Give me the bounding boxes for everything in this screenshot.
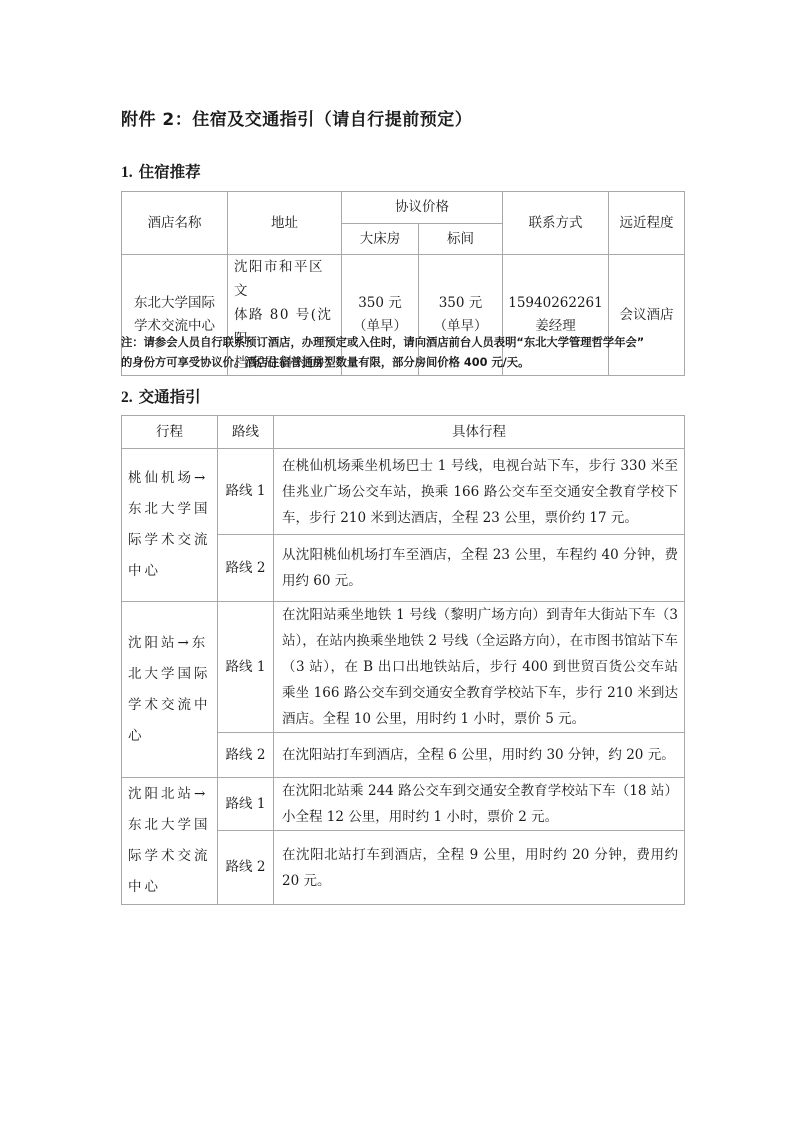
route-label: 路线 1 (218, 449, 274, 535)
route-detail: 在沈阳站打车到酒店，全程 6 公里，用时约 30 分钟，约 20 元。 (274, 733, 685, 778)
document-title: 附件 2：住宿及交通指引（请自行提前预定） (121, 105, 472, 130)
section-heading-transport: 2.交通指引 (121, 385, 201, 407)
header-detail: 具体行程 (274, 416, 685, 449)
route-detail: 在沈阳北站打车到酒店，全程 9 公里，用时约 20 分钟，费用约 20 元。 (274, 831, 685, 905)
accommodation-note: 注：请参会人员自行联系预订酒店，办理预定或入住时，请向酒店前台人员表明“东北大学… (121, 333, 691, 373)
section-title: 住宿推荐 (139, 163, 201, 181)
table-row: 沈阳站→东北大学国际学术交流中心 路线 1 在沈阳站乘坐地铁 1 号线（黎明广场… (122, 602, 685, 733)
section-title: 交通指引 (139, 388, 201, 406)
header-route: 路线 (218, 416, 274, 449)
section-number: 1. (121, 164, 133, 181)
trip-cell: 沈阳站→东北大学国际学术交流中心 (122, 602, 218, 778)
trip-cell: 沈阳北站→东北大学国际学术交流中心 (122, 778, 218, 905)
section-number: 2. (121, 389, 133, 406)
header-agreed-price: 协议价格 (342, 192, 503, 224)
header-hotel-name: 酒店名称 (122, 192, 228, 255)
route-label: 路线 1 (218, 602, 274, 733)
section-heading-accommodation: 1.住宿推荐 (121, 160, 201, 182)
route-label: 路线 1 (218, 778, 274, 831)
route-detail: 在桃仙机场乘坐机场巴士 1 号线，电视台站下车，步行 330 米至佳兆业广场公交… (274, 449, 685, 535)
header-address: 地址 (228, 192, 342, 255)
header-distance: 远近程度 (609, 192, 685, 255)
route-detail: 从沈阳桃仙机场打车至酒店，全程 23 公里，车程约 40 分钟，费用约 60 元… (274, 535, 685, 602)
header-king-room: 大床房 (342, 224, 419, 255)
table-row: 沈阳北站→东北大学国际学术交流中心 路线 1 在沈阳北站乘 244 路公交车到交… (122, 778, 685, 831)
phone-number: 15940262261 (503, 292, 608, 315)
route-label: 路线 2 (218, 831, 274, 905)
header-twin-room: 标间 (419, 224, 503, 255)
route-label: 路线 2 (218, 733, 274, 778)
header-contact: 联系方式 (503, 192, 609, 255)
route-detail: 在沈阳站乘坐地铁 1 号线（黎明广场方向）到青年大街站下车（3 站），在站内换乘… (274, 602, 685, 733)
transport-table: 行程 路线 具体行程 桃仙机场→东北大学国际学术交流中心 路线 1 在桃仙机场乘… (121, 415, 685, 905)
table-row: 桃仙机场→东北大学国际学术交流中心 路线 1 在桃仙机场乘坐机场巴士 1 号线，… (122, 449, 685, 535)
trip-cell: 桃仙机场→东北大学国际学术交流中心 (122, 449, 218, 602)
header-trip: 行程 (122, 416, 218, 449)
route-detail: 在沈阳北站乘 244 路公交车到交通安全教育学校站下车（18 站）小全程 12 … (274, 778, 685, 831)
route-label: 路线 2 (218, 535, 274, 602)
